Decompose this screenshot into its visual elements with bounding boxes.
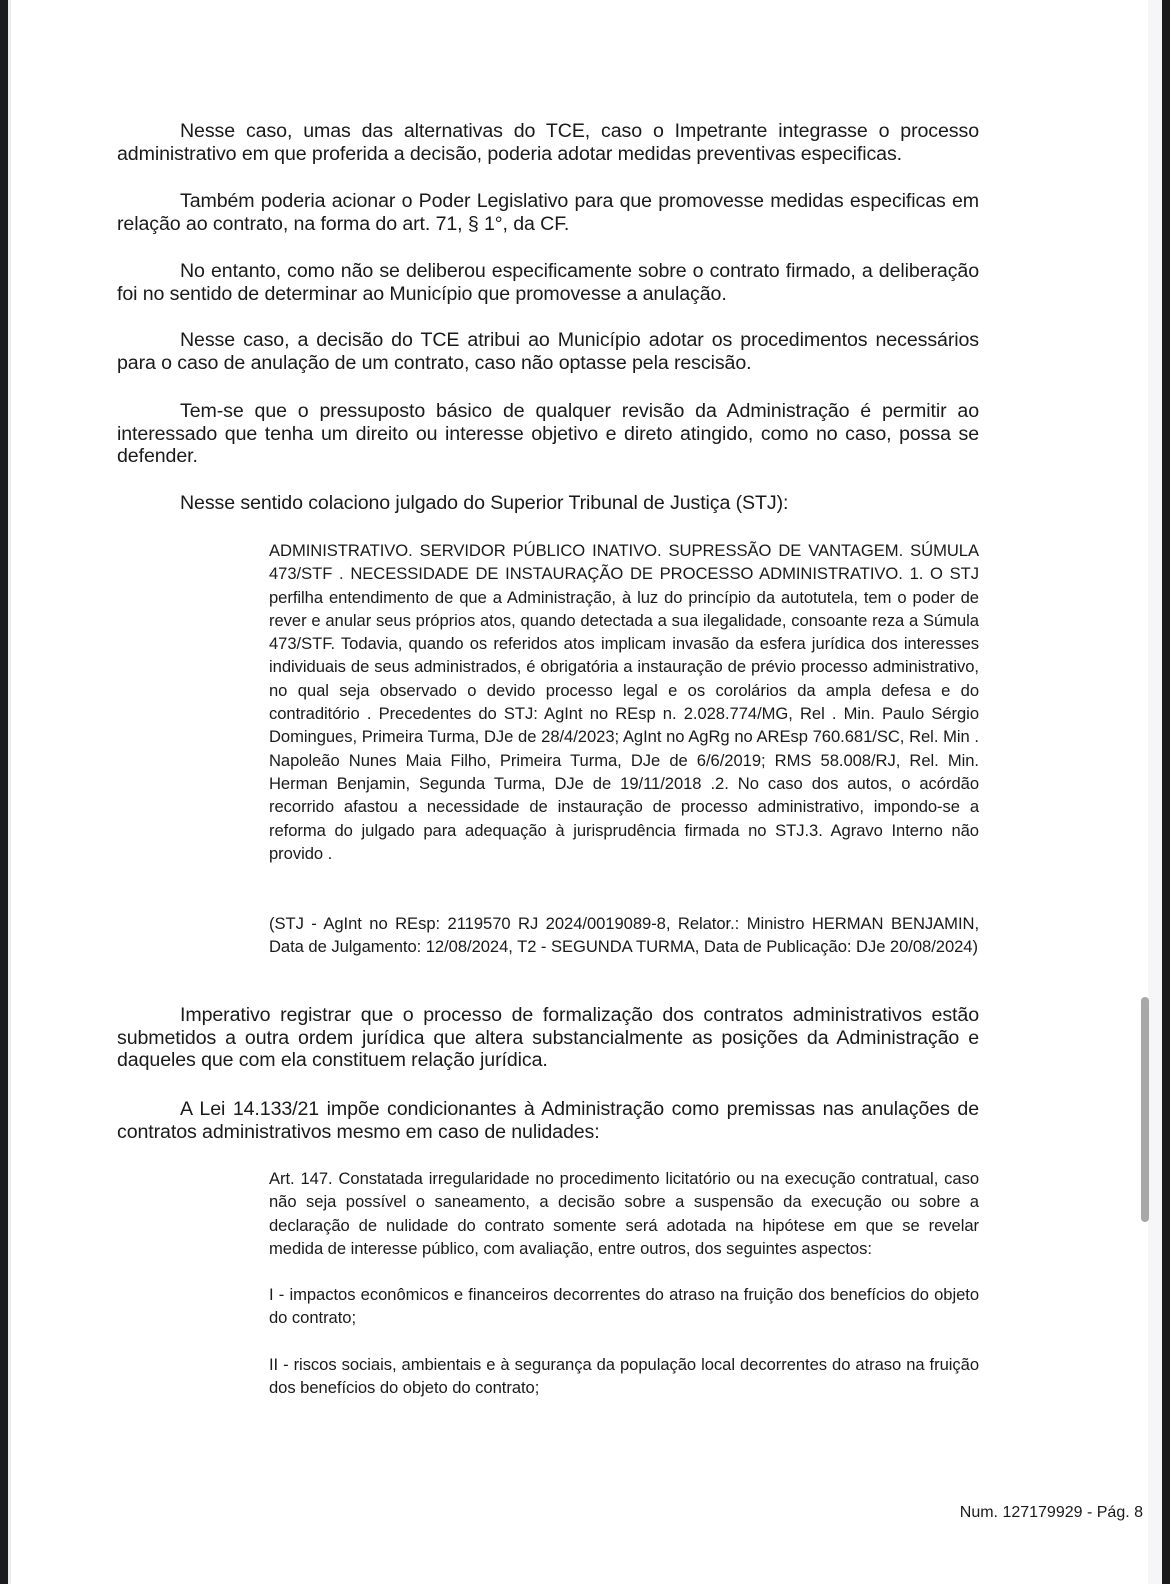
paragraph: Nesse sentido colaciono julgado do Super… [117,492,979,515]
paragraph: Nesse caso, umas das alternativas do TCE… [117,120,979,165]
quote-law-art147: Art. 147. Constatada irregularidade no p… [269,1167,979,1260]
paragraph: A Lei 14.133/21 impõe condicionantes à A… [117,1098,979,1143]
quote-law-inciso-ii: II - riscos sociais, ambientais e à segu… [269,1353,979,1400]
quote-stj-citation: (STJ - AgInt no REsp: 2119570 RJ 2024/00… [269,912,979,959]
page-edge [1148,0,1162,1584]
document-viewer: Nesse caso, umas das alternativas do TCE… [0,0,1170,1584]
paragraph: Imperativo registrar que o processo de f… [117,1004,979,1072]
paragraph: Tem-se que o pressuposto básico de qualq… [117,400,979,468]
paragraph: No entanto, como não se deliberou especi… [117,260,979,305]
paragraph: Nesse caso, a decisão do TCE atribui ao … [117,329,979,374]
paragraph: Também poderia acionar o Poder Legislati… [117,190,979,235]
page-number-footer: Num. 127179929 - Pág. 8 [960,1504,1143,1522]
quote-stj-ementa: ADMINISTRATIVO. SERVIDOR PÚBLICO INATIVO… [269,539,979,865]
quote-law-inciso-i: I - impactos econômicos e financeiros de… [269,1283,979,1330]
scrollbar-thumb[interactable] [1141,997,1149,1222]
